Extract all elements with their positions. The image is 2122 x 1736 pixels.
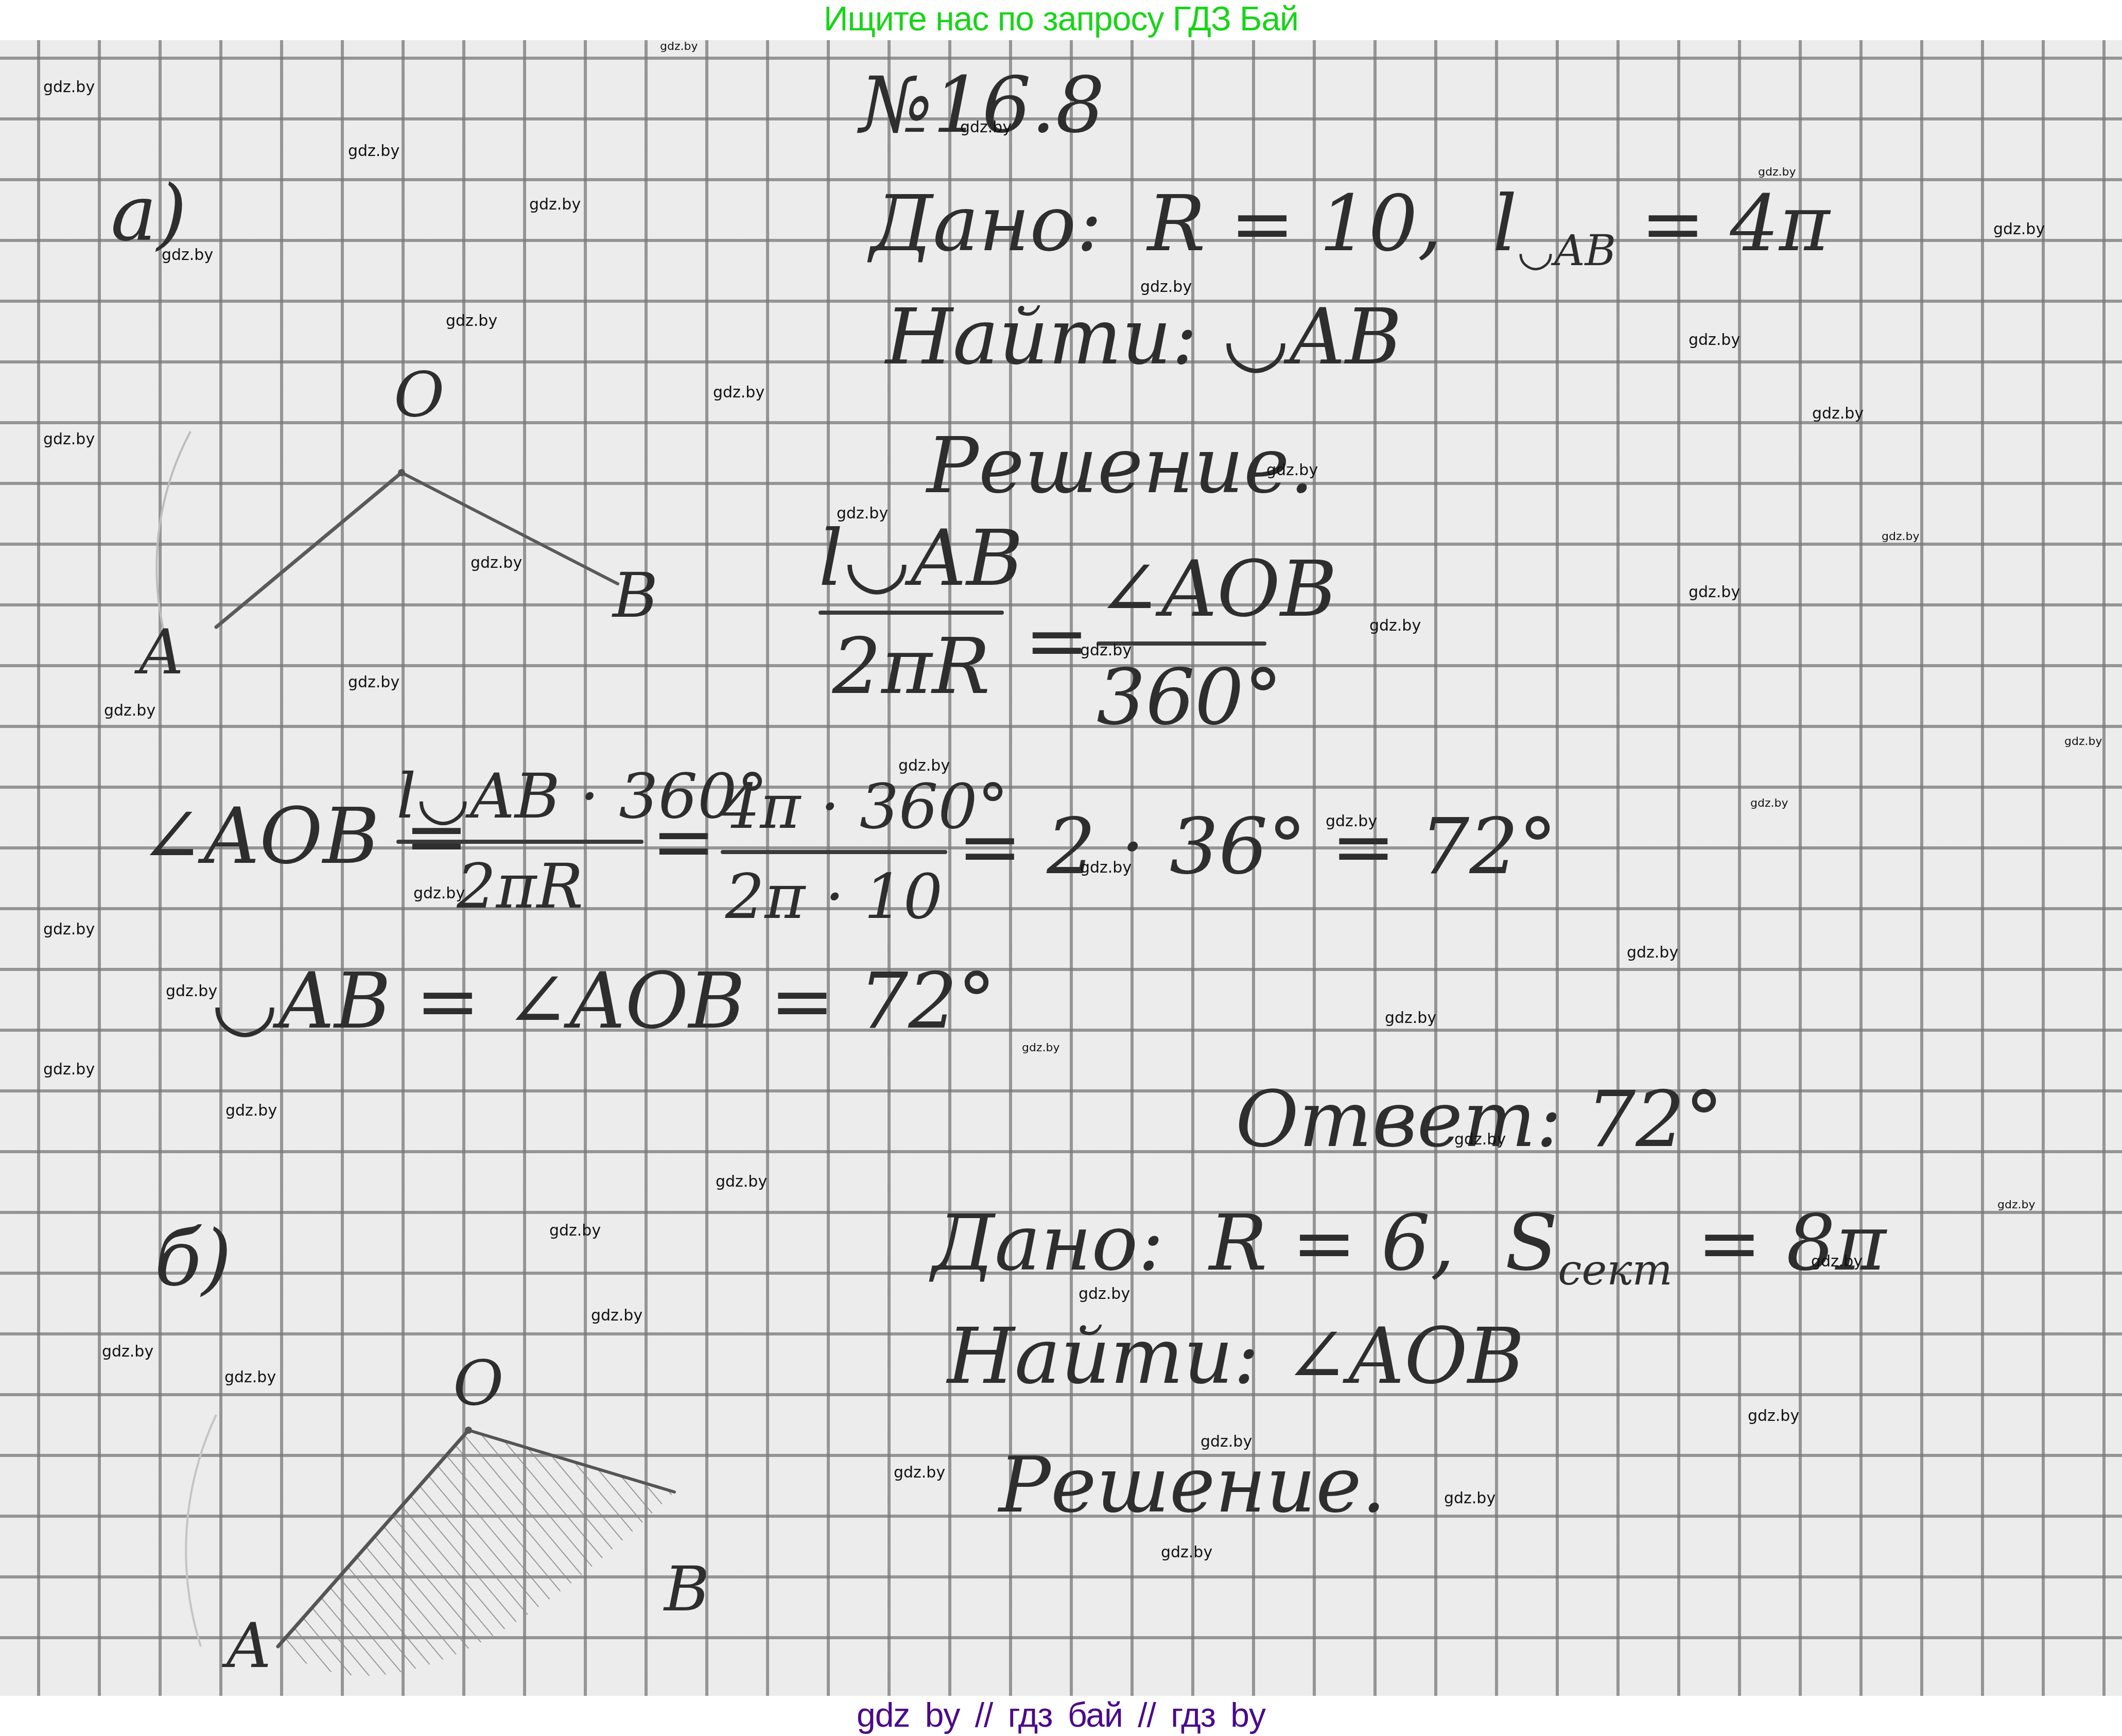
watermark: gdz.by	[1882, 530, 1919, 543]
watermark: gdz.by	[348, 142, 399, 160]
watermark: gdz.by	[1080, 859, 1132, 877]
watermark: gdz.by	[413, 884, 465, 902]
watermark: gdz.by	[1997, 1199, 2035, 1211]
arc-length-subscript: ◡AB	[1517, 226, 1616, 275]
watermark: gdz.by	[591, 1307, 642, 1325]
part-b-find: Найти: ∠AOB	[947, 1312, 1524, 1401]
watermark: gdz.by	[471, 554, 522, 572]
watermark: gdz.by	[43, 78, 95, 96]
watermark: gdz.by	[1689, 583, 1740, 601]
radius-oa	[216, 473, 402, 627]
fraction-bar	[819, 611, 1004, 615]
given-label: Дано:	[870, 179, 1102, 269]
watermark: gdz.by	[348, 673, 399, 691]
fraction-denominator: 2π · 10	[721, 861, 947, 933]
calc-result: = 2 · 36° = 72°	[958, 802, 1557, 892]
problem-number: №16.8	[860, 61, 1105, 150]
watermark: gdz.by	[1201, 1433, 1252, 1451]
part-b-solution-heading: Решение.	[999, 1440, 1386, 1530]
sector-area-symbol: S	[1505, 1199, 1558, 1288]
part-a-label: а)	[111, 169, 187, 258]
watermark: gdz.by	[104, 702, 155, 720]
arc-length-value: = 4π	[1641, 179, 1830, 269]
watermark: gdz.by	[1627, 944, 1678, 962]
part-b-label: б)	[154, 1214, 232, 1304]
sector-area-subscript: сект	[1558, 1245, 1673, 1295]
watermark: gdz.by	[660, 40, 698, 53]
watermark: gdz.by	[716, 1173, 767, 1191]
given-label: Дано:	[932, 1199, 1164, 1288]
watermark: gdz.by	[1161, 1543, 1212, 1561]
watermark: gdz.by	[529, 196, 581, 214]
watermark: gdz.by	[1454, 1131, 1506, 1149]
fraction-numerator: l◡AB	[819, 514, 1004, 603]
given-radius: R = 6,	[1209, 1199, 1455, 1288]
label-b: B	[664, 1554, 709, 1625]
label-b: B	[613, 560, 658, 632]
fraction-denominator: 360°	[1097, 653, 1266, 742]
watermark: gdz.by	[1758, 166, 1796, 179]
arc-length-symbol: l	[1492, 179, 1517, 269]
notebook-page: №16.8 а) Дано: R = 10, l◡AB = 4π Найти: …	[0, 40, 2122, 1696]
watermark: gdz.by	[162, 246, 213, 264]
part-b-given: Дано: R = 6, Sсект = 8π	[932, 1199, 1886, 1295]
sector-area-value: = 8π	[1697, 1199, 1886, 1288]
calc-equals: =	[651, 797, 716, 887]
fraction-numerator: ∠AOB	[1097, 545, 1266, 634]
faint-circle-arc	[186, 1415, 216, 1646]
watermark: gdz.by	[1266, 461, 1318, 479]
watermark: gdz.by	[225, 1102, 277, 1120]
watermark: gdz.by	[1750, 797, 1788, 810]
center-point	[465, 1427, 472, 1434]
watermark: gdz.by	[960, 118, 1012, 136]
given-radius: R = 10,	[1147, 179, 1442, 269]
watermark: gdz.by	[1812, 405, 1864, 423]
watermark: gdz.by	[1689, 331, 1740, 349]
watermark: gdz.by	[1444, 1489, 1495, 1507]
proportion-equals: =	[1024, 596, 1089, 686]
center-point	[398, 469, 405, 476]
watermark: gdz.by	[1079, 1285, 1130, 1303]
watermark: gdz.by	[1022, 1041, 1059, 1054]
search-banner[interactable]: Ищите нас по запросу ГДЗ Бай	[0, 0, 2122, 40]
watermark: gdz.by	[1385, 1009, 1436, 1027]
watermark: gdz.by	[898, 757, 950, 775]
watermark: gdz.by	[894, 1464, 945, 1482]
part-a-find: Найти: ◡AB	[885, 292, 1402, 382]
calc-fraction-2: 4π · 360° 2π · 10	[721, 771, 947, 933]
watermark: gdz.by	[1369, 617, 1421, 635]
watermark: gdz.by	[549, 1222, 601, 1240]
watermark: gdz.by	[1811, 1253, 1863, 1271]
watermark: gdz.by	[446, 312, 497, 330]
fraction-bar	[396, 840, 643, 844]
watermark: gdz.by	[166, 982, 217, 1000]
watermark: gdz.by	[713, 384, 764, 402]
fraction-numerator: 4π · 360°	[721, 771, 947, 843]
hatched-sector	[278, 1430, 674, 1676]
part-a-solution-heading: Решение.	[927, 421, 1314, 511]
watermark: gdz.by	[43, 430, 95, 448]
given-sector-area: Sсект = 8π	[1505, 1199, 1886, 1288]
watermark: gdz.by	[1993, 220, 2045, 238]
label-o: O	[394, 359, 444, 431]
watermark: gdz.by	[1140, 278, 1192, 296]
watermark: gdz.by	[43, 921, 95, 939]
watermark: gdz.by	[1326, 812, 1377, 830]
part-a-answer: Ответ: 72°	[1236, 1075, 1724, 1165]
watermark: gdz.by	[224, 1368, 276, 1386]
watermark: gdz.by	[837, 505, 888, 523]
fraction-numerator: l◡AB · 360°	[396, 761, 643, 832]
fraction-bar	[721, 850, 947, 854]
part-a-conclusion: ◡AB = ∠AOB = 72°	[211, 957, 996, 1046]
label-a: A	[227, 1610, 271, 1682]
watermark: gdz.by	[43, 1061, 95, 1079]
label-a: A	[139, 617, 184, 688]
part-a-given: Дано: R = 10, l◡AB = 4π	[870, 179, 1830, 275]
site-footer-links[interactable]: gdz by // гдз бай // гдз by	[0, 1696, 2122, 1736]
label-o: O	[453, 1348, 503, 1419]
watermark: gdz.by	[2064, 735, 2102, 748]
watermark: gdz.by	[1748, 1407, 1799, 1425]
watermark: gdz.by	[102, 1343, 153, 1361]
fraction-denominator: 2πR	[819, 622, 1004, 711]
watermark: gdz.by	[1080, 641, 1132, 659]
proportion-left-fraction: l◡AB 2πR	[819, 514, 1004, 711]
given-arc-length: l◡AB = 4π	[1492, 179, 1830, 269]
